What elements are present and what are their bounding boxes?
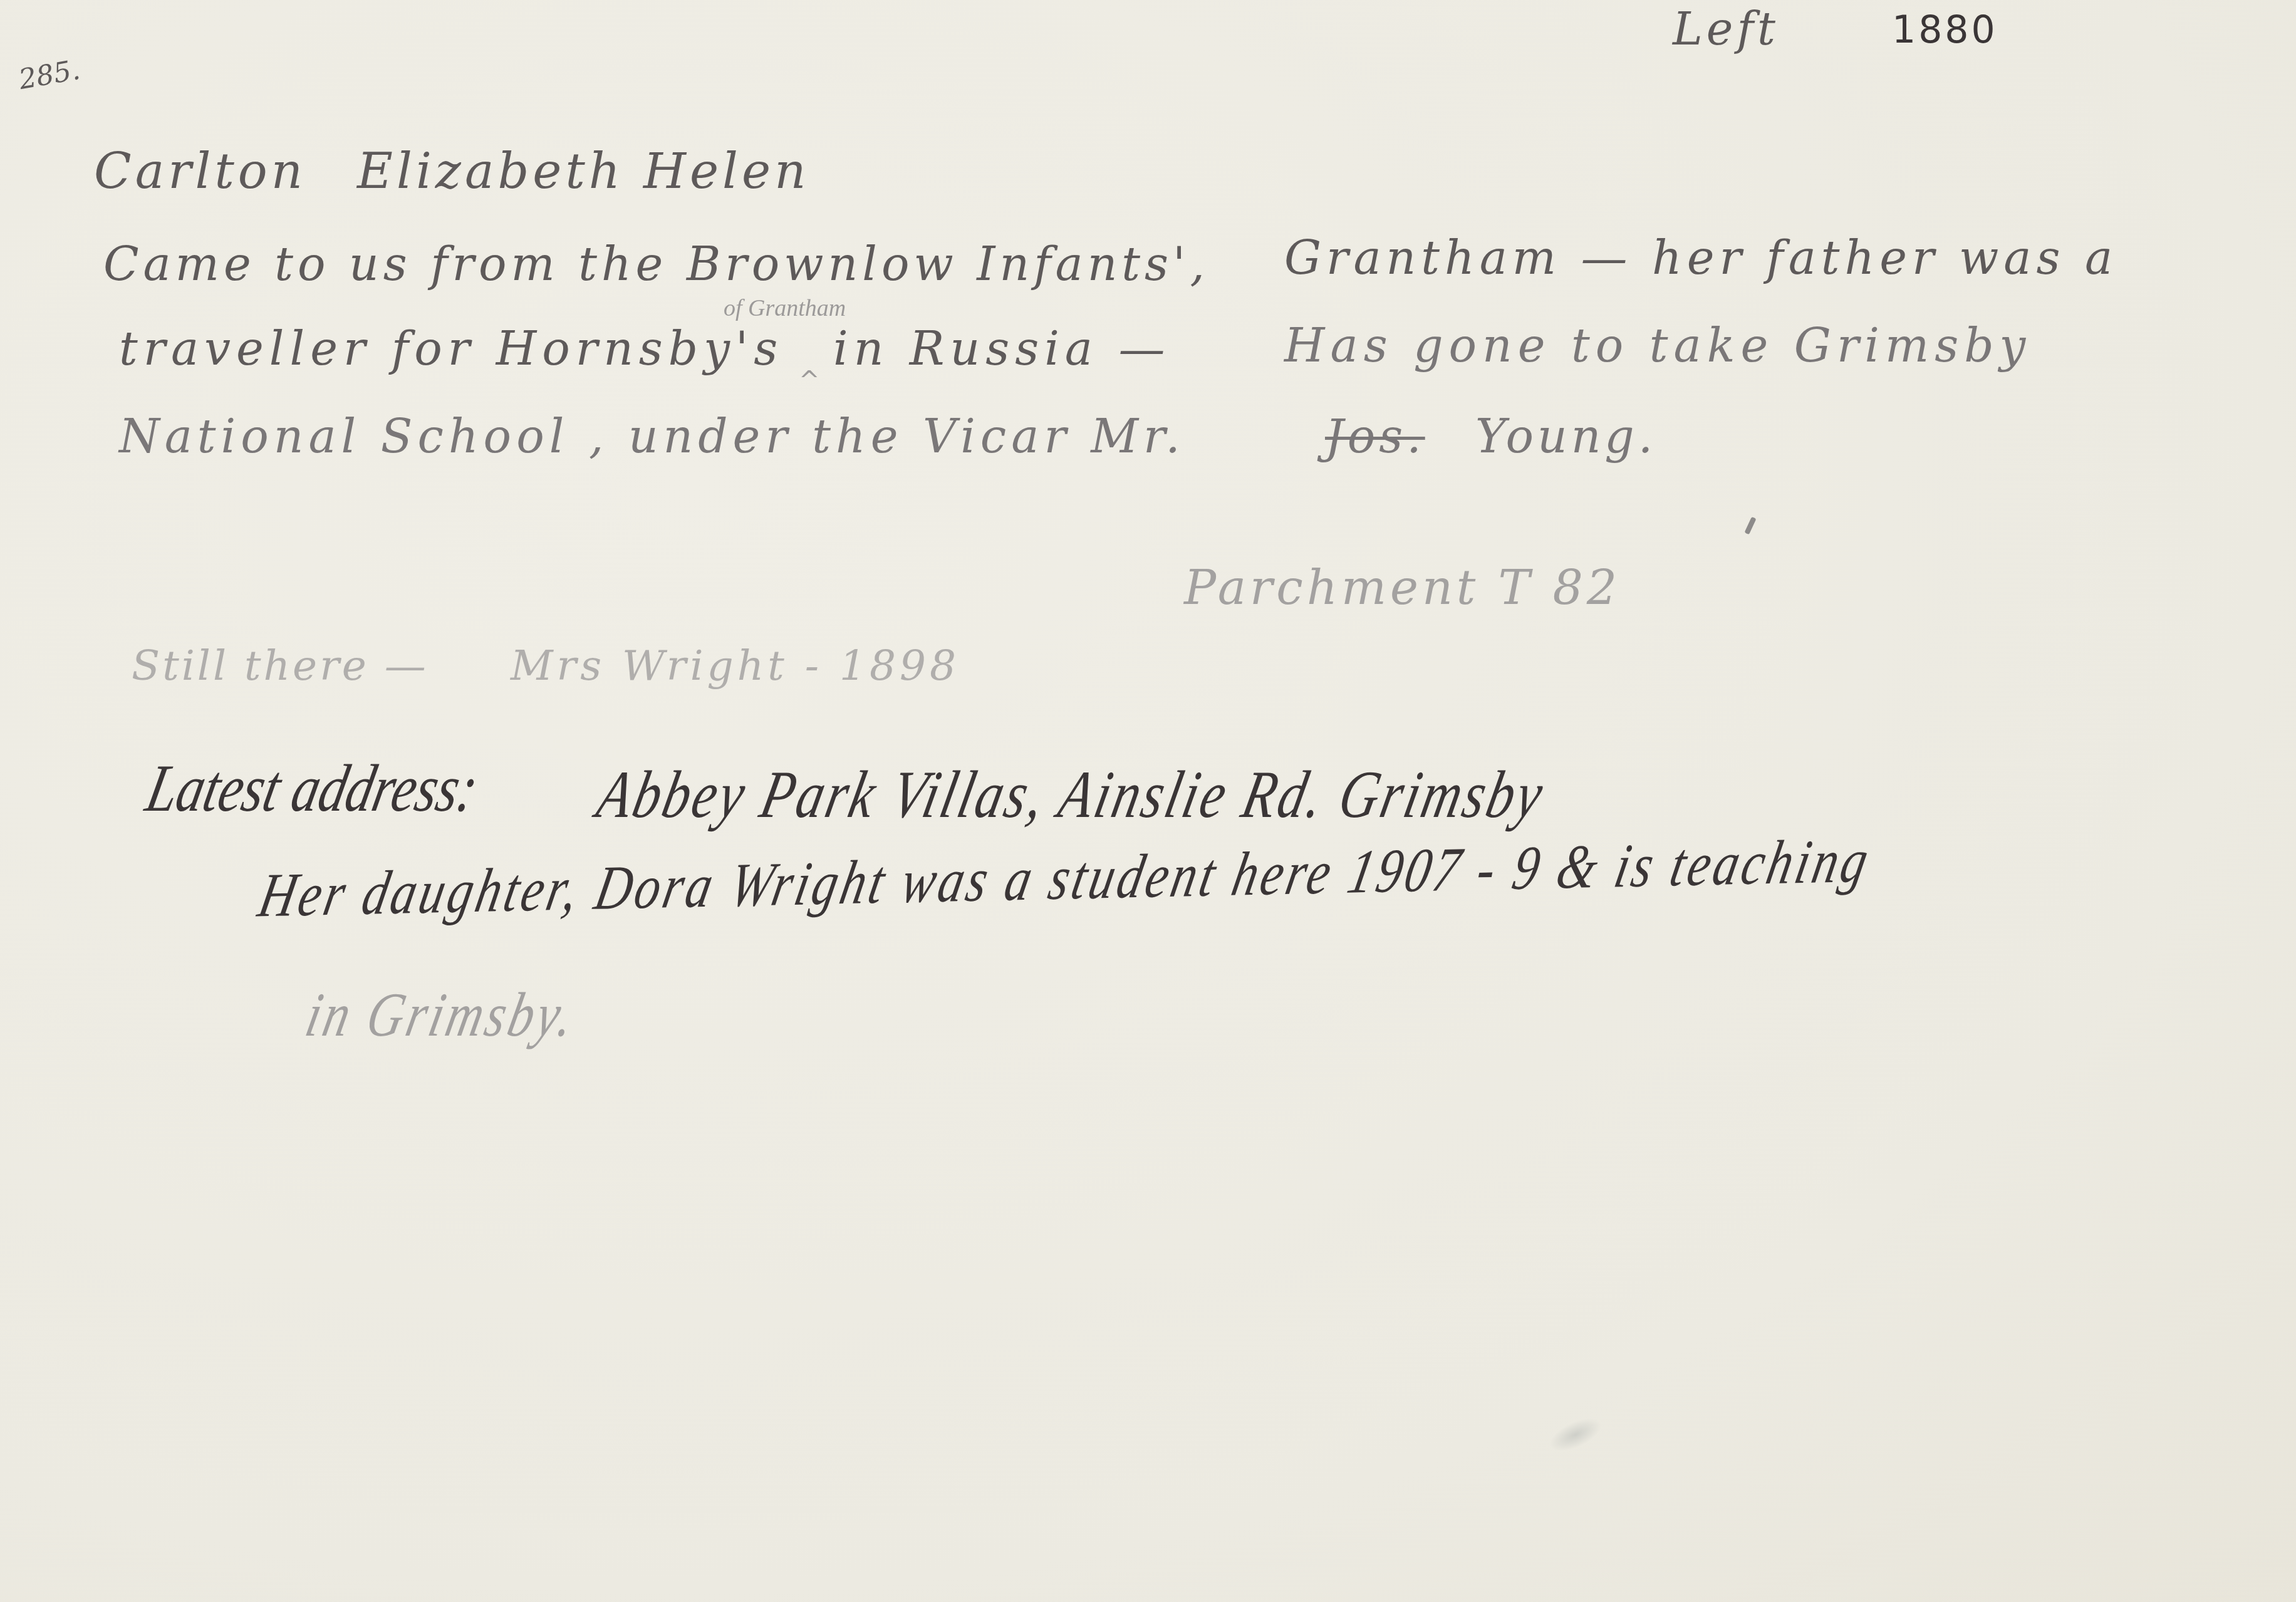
body-line-3b: Young. [1475, 414, 1656, 460]
body-line-1b: Grantham — her father was a [1284, 235, 2117, 281]
status-note-b: Mrs Wright - 1898 [511, 645, 960, 687]
insertion-note: of Grantham [724, 294, 846, 322]
latest-address-value: Abbey Park Villas, Ainslie Rd. Grimsby [592, 761, 1551, 828]
surname: Carlton [94, 147, 306, 196]
insertion-caret: ^ [799, 367, 820, 395]
latest-address-label: Latest address: [141, 754, 484, 822]
tick-mark [1744, 517, 1756, 535]
body-line-3a: National School , under the Vicar Mr. [119, 414, 1185, 460]
left-year: 1880 [1892, 11, 1998, 49]
status-note-a: Still there — [132, 645, 429, 687]
body-line-2a: traveller for Hornsby's [119, 326, 783, 372]
daughter-note-line-2: in Grimsby. [301, 984, 583, 1046]
body-line-1a: Came to us from the Brownlow Infants', [103, 241, 1209, 288]
body-line-2c: Has gone to take Grimsby [1284, 323, 2031, 369]
left-label: Left [1673, 6, 1779, 51]
entry-number: 285. [17, 56, 82, 94]
body-line-2b: in Russia — [833, 326, 1170, 372]
certificate: Parchment T 82 [1184, 564, 1621, 611]
scanned-register-page: 285. Left 1880 Carlton Elizabeth Helen C… [0, 0, 2296, 1602]
forenames: Elizabeth Helen [357, 147, 809, 196]
struck-name: Jos. [1325, 414, 1425, 460]
ink-smudge [1545, 1412, 1606, 1458]
daughter-note-line-1: Her daughter, Dora Wright was a student … [254, 830, 1876, 927]
